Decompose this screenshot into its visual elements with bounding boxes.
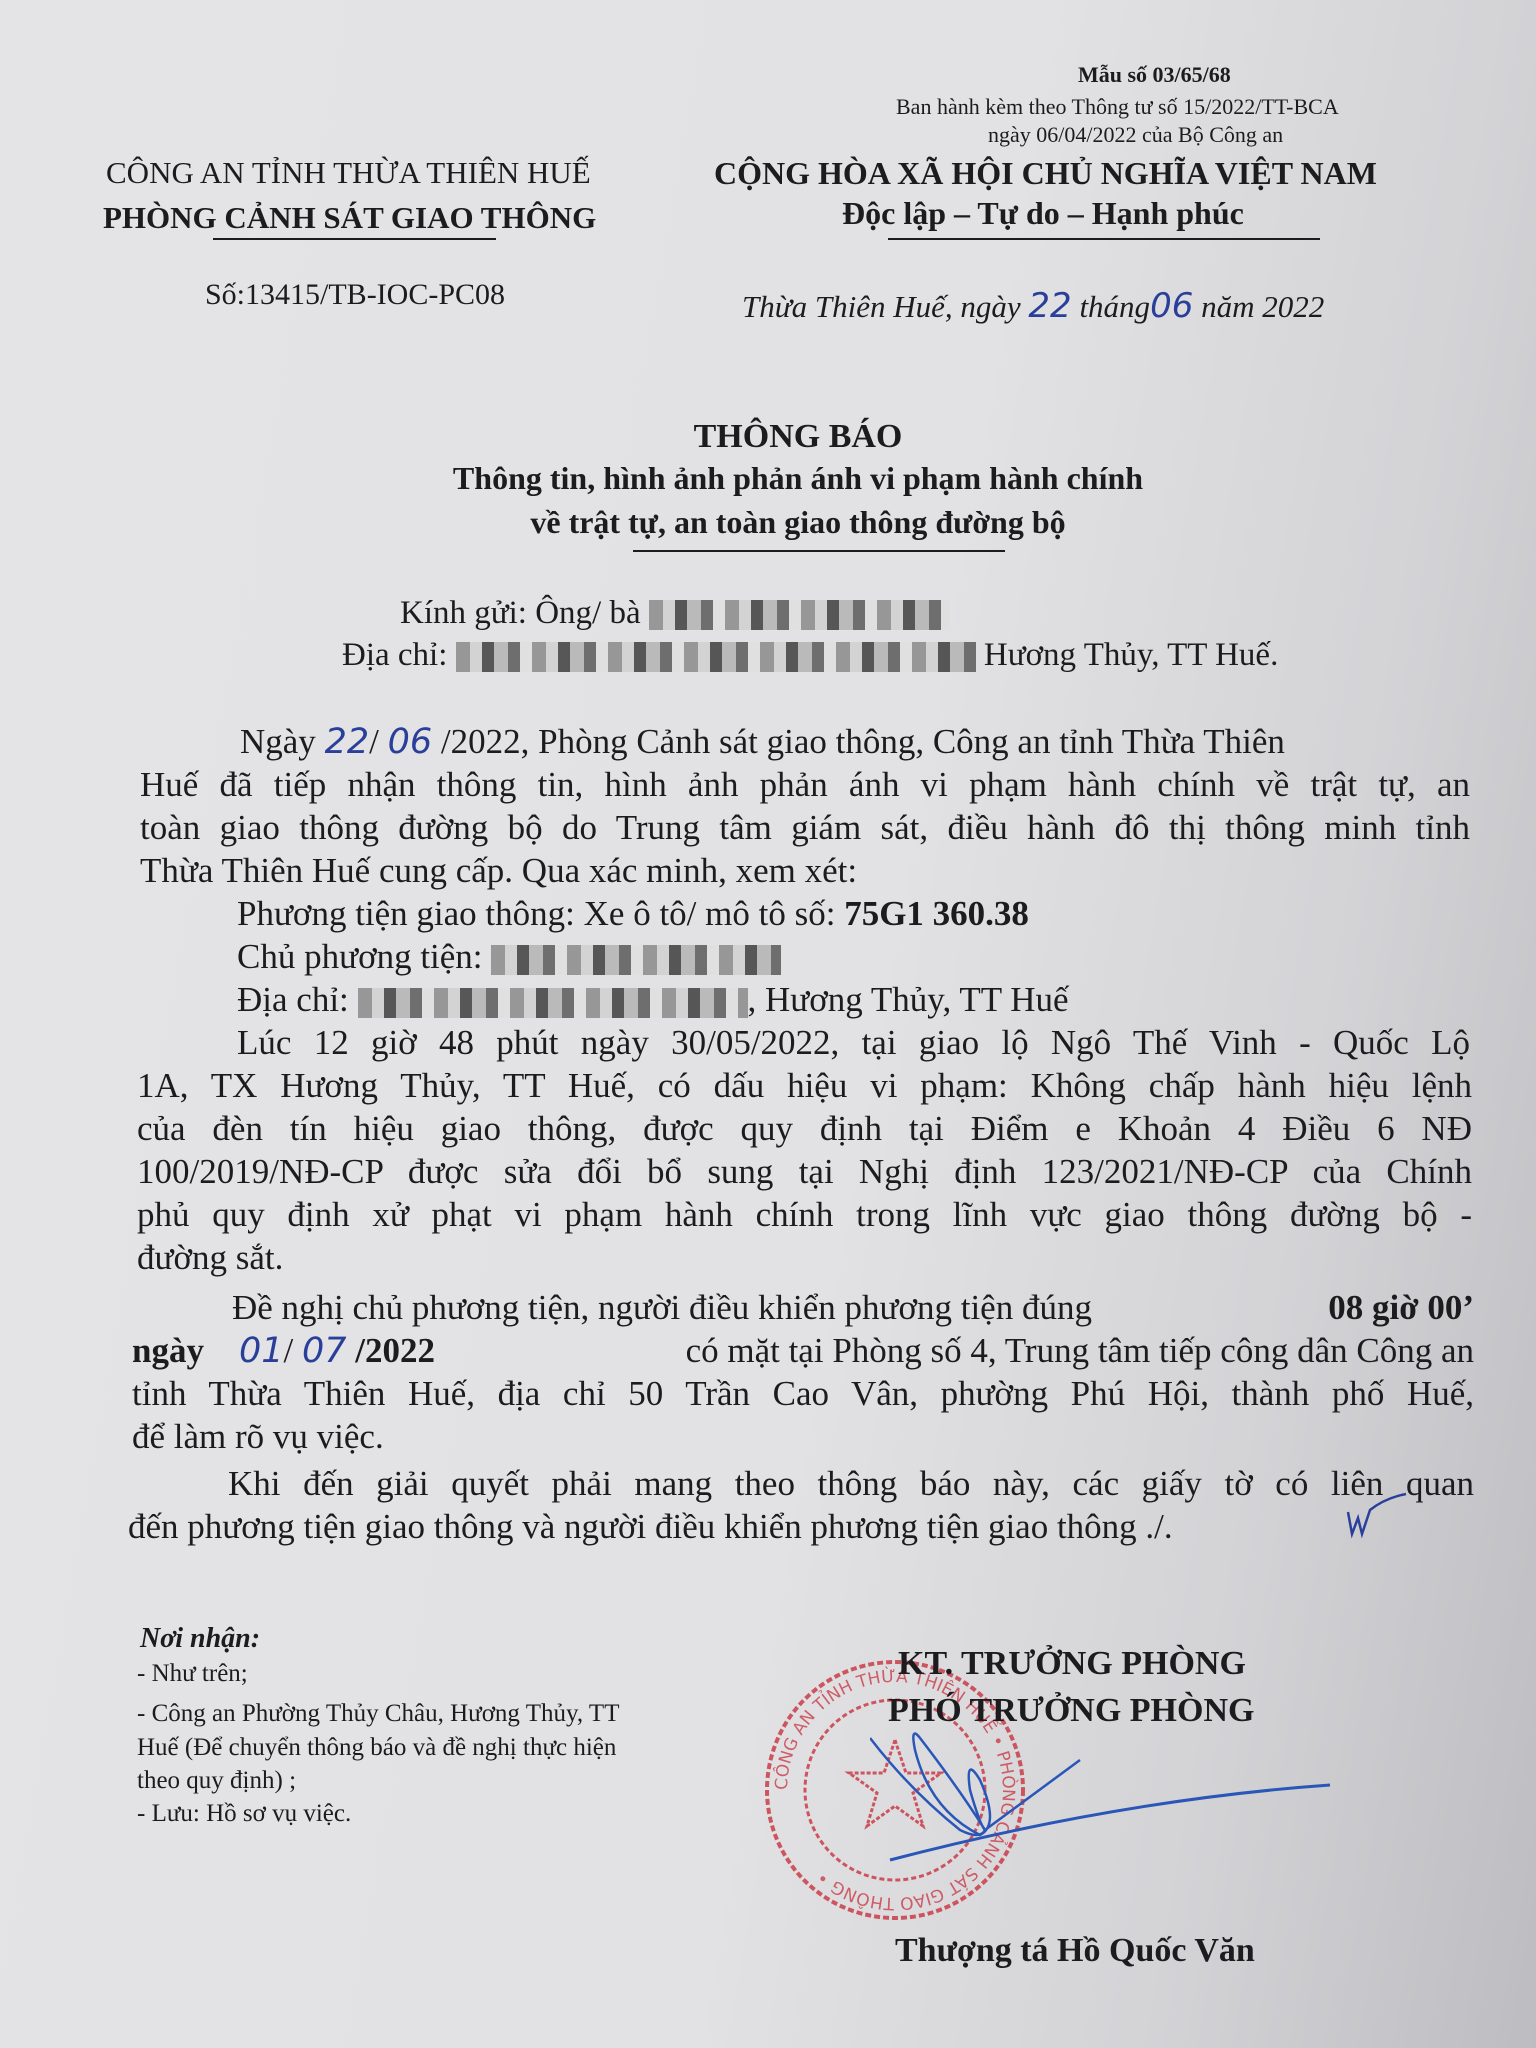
place-date-prefix: Thừa Thiên Huế, ngày bbox=[742, 289, 1021, 324]
owner-address-label: Địa chỉ: bbox=[237, 980, 349, 1019]
body-p2-line5: phủ quy định xử phạt vi phạm hành chính … bbox=[137, 1195, 1472, 1235]
motto-underline bbox=[888, 238, 1320, 240]
appointment-day-label: ngày bbox=[132, 1331, 204, 1370]
notice-subtitle-1: Thông tin, hình ảnh phản ánh vi phạm hàn… bbox=[0, 460, 1536, 497]
body-p3-line1: Đề nghị chủ phương tiện, người điều khiể… bbox=[232, 1288, 1474, 1328]
body-p2-line3: của đèn tín hiệu giao thông, được quy đị… bbox=[137, 1109, 1472, 1149]
recipients-item: theo quy định) ; bbox=[137, 1767, 296, 1795]
body-p2-line4: 100/2019/NĐ-CP được sửa đổi bổ sung tại … bbox=[137, 1152, 1472, 1192]
address-label: Địa chỉ: bbox=[342, 637, 447, 673]
body-p3-line3: tỉnh Thừa Thiên Huế, địa chỉ 50 Trần Cao… bbox=[132, 1374, 1474, 1414]
owner-label: Chủ phương tiện: bbox=[237, 937, 483, 976]
redacted-owner bbox=[491, 945, 781, 975]
appointment-year: /2022 bbox=[355, 1331, 435, 1370]
appointment-handwritten-month: 07 bbox=[302, 1331, 347, 1371]
document-number: Số:13415/TB-IOC-PC08 bbox=[205, 278, 505, 312]
body-p4-line1: Khi đến giải quyết phải mang theo thông … bbox=[228, 1464, 1474, 1504]
p1-handwritten-month: 06 bbox=[388, 722, 433, 762]
p3-text: Đề nghị chủ phương tiện, người điều khiể… bbox=[232, 1288, 1092, 1328]
handwritten-month: 06 bbox=[1150, 286, 1193, 326]
owner-line: Chủ phương tiện: bbox=[237, 937, 781, 977]
body-p1-line3: toàn giao thông đường bộ do Trung tâm gi… bbox=[140, 808, 1470, 848]
department-name: PHÒNG CẢNH SÁT GIAO THÔNG bbox=[103, 200, 596, 236]
signature-title-2: PHÓ TRƯỞNG PHÒNG bbox=[888, 1692, 1254, 1730]
recipients-item: - Như trên; bbox=[137, 1660, 248, 1688]
place-date: Thừa Thiên Huế, ngày 22 tháng06 năm 2022 bbox=[742, 286, 1324, 326]
body-p3-line4: để làm rõ vụ việc. bbox=[132, 1417, 384, 1457]
body-p4-line2: đến phương tiện giao thông và người điều… bbox=[128, 1507, 1173, 1547]
vehicle-plate: 75G1 360.38 bbox=[844, 894, 1029, 933]
handwritten-day: 22 bbox=[1028, 286, 1071, 326]
body-p2-line6: đường sắt. bbox=[137, 1238, 283, 1278]
appointment-location: có mặt tại Phòng số 4, Trung tâm tiếp cô… bbox=[686, 1331, 1474, 1371]
body-p2-line2: 1A, TX Hương Thủy, TT Huế, có dấu hiệu v… bbox=[137, 1066, 1472, 1106]
body-p1-line2: Huế đã tiếp nhận thông tin, hình ảnh phả… bbox=[140, 765, 1470, 805]
year-label: năm 2022 bbox=[1201, 289, 1324, 324]
p1-rest: /2022, Phòng Cảnh sát giao thông, Công a… bbox=[441, 722, 1285, 761]
redacted-address bbox=[456, 642, 976, 672]
p1-prefix: Ngày bbox=[240, 722, 316, 761]
form-number: Mẫu số 03/65/68 bbox=[1078, 62, 1231, 88]
notice-subtitle-2: về trật tự, an toàn giao thông đường bộ bbox=[0, 504, 1536, 541]
national-motto: Độc lập – Tự do – Hạnh phúc bbox=[842, 195, 1244, 232]
vehicle-label: Phương tiện giao thông: Xe ô tô/ mô tô s… bbox=[237, 894, 835, 933]
address-tail: Hương Thủy, TT Huế. bbox=[984, 637, 1278, 673]
recipients-item: - Công an Phường Thủy Châu, Hương Thủy, … bbox=[137, 1700, 619, 1728]
form-issued-with: Ban hành kèm theo Thông tư số 15/2022/TT… bbox=[896, 94, 1339, 120]
owner-address-tail: , Hương Thủy, TT Huế bbox=[748, 980, 1069, 1019]
owner-address-line: Địa chỉ: , Hương Thủy, TT Huế bbox=[237, 980, 1069, 1020]
agency-name: CÔNG AN TỈNH THỪA THIÊN HUẾ bbox=[106, 155, 591, 191]
body-p2-line1: Lúc 12 giờ 48 phút ngày 30/05/2022, tại … bbox=[237, 1023, 1470, 1063]
appointment-time: 08 giờ 00’ bbox=[1328, 1288, 1474, 1328]
body-p1-line4: Thừa Thiên Huế cung cấp. Qua xác minh, x… bbox=[140, 851, 857, 891]
department-underline bbox=[213, 238, 496, 240]
vehicle-line: Phương tiện giao thông: Xe ô tô/ mô tô s… bbox=[237, 894, 1029, 934]
recipients-item: Huế (Để chuyển thông báo và đề nghị thực… bbox=[137, 1734, 616, 1762]
notice-title: THÔNG BÁO bbox=[0, 418, 1536, 456]
body-p1-line1: Ngày 22/ 06 /2022, Phòng Cảnh sát giao t… bbox=[240, 722, 1285, 762]
title-underline bbox=[633, 550, 1005, 552]
p1-handwritten-day: 22 bbox=[325, 722, 370, 762]
form-issued-date: ngày 06/04/2022 của Bộ Công an bbox=[988, 122, 1283, 148]
recipient-line: Kính gửi: Ông/ bà bbox=[400, 595, 949, 632]
recipient-address: Địa chỉ: Hương Thủy, TT Huế. bbox=[342, 637, 1278, 674]
recipients-heading: Nơi nhận: bbox=[140, 1623, 260, 1655]
recipient-label: Kính gửi: Ông/ bà bbox=[400, 595, 641, 631]
signer-name: Thượng tá Hồ Quốc Văn bbox=[895, 1932, 1255, 1970]
handwritten-check-mark bbox=[1340, 1490, 1410, 1540]
month-label: tháng bbox=[1079, 289, 1150, 324]
signature-title-1: KT. TRƯỞNG PHÒNG bbox=[898, 1645, 1246, 1683]
recipients-item: - Lưu: Hồ sơ vụ việc. bbox=[137, 1800, 351, 1828]
body-p3-line2: ngày 01/ 07 /2022 có mặt tại Phòng số 4,… bbox=[132, 1331, 1474, 1371]
handwritten-signature bbox=[870, 1730, 1470, 1870]
appointment-handwritten-day: 01 bbox=[239, 1331, 284, 1371]
redacted-name bbox=[649, 600, 949, 630]
redacted-owner-address bbox=[358, 988, 748, 1018]
country-name: CỘNG HÒA XÃ HỘI CHỦ NGHĨA VIỆT NAM bbox=[714, 155, 1377, 192]
